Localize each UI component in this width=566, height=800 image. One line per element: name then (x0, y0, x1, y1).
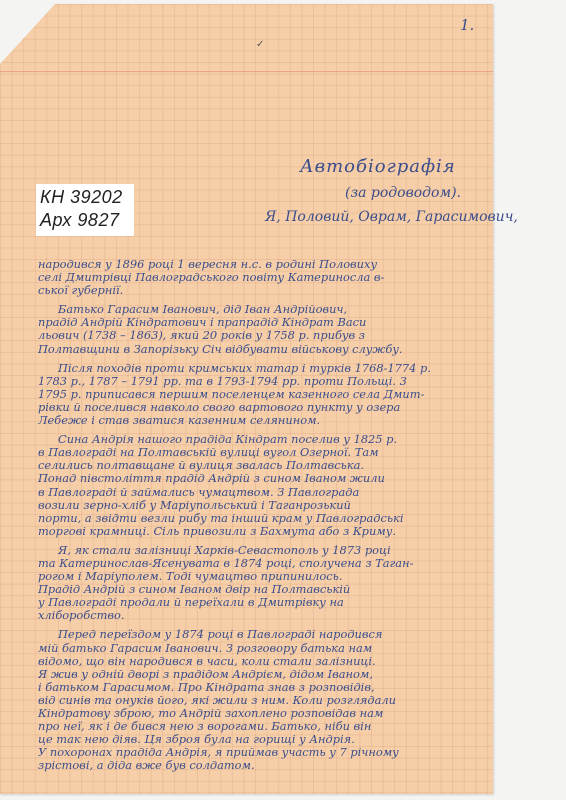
text-line: рівки й поселився навколо свого вартовог… (38, 401, 488, 414)
text-line: порти, а звідти везли рибу та інший крам… (38, 512, 488, 525)
text-line: Лебеже і став зватися казенним селянином… (38, 414, 488, 427)
text-line: у Павлограді продали й переїхали в Дмитр… (38, 596, 488, 609)
text-line: мій батько Гарасим Іванович. З розговору… (38, 642, 488, 655)
paragraph: народився у 1896 році 1 вересня н.с. в р… (38, 258, 488, 297)
text-line: в Павлограді на Полтавській вулиці вугол… (38, 446, 488, 459)
stamp-line-1: КН 39202 (40, 186, 130, 209)
text-line: Після походів проти кримських татар і ту… (38, 362, 488, 375)
author-line: Я, Половий, Оврам, Гарасимович, (265, 209, 518, 225)
text-line: ської губернії. (38, 284, 488, 297)
text-line: Я, як стали залізниці Харків-Севастополь… (38, 544, 488, 557)
torn-corner (0, 4, 55, 64)
text-line: селились полтавщане й вулиця звалась Пол… (38, 459, 488, 472)
stamp-line-2: Арх 9827 (40, 209, 130, 232)
text-line: селі Дмитрівці Павлоградського повіту Ка… (38, 271, 488, 284)
text-line: Батько Гарасим Іванович, дід Іван Андрій… (38, 303, 488, 316)
paragraph: Я, як стали залізниці Харків-Севастополь… (38, 544, 488, 623)
handwritten-body: народився у 1896 році 1 вересня н.с. в р… (38, 258, 488, 778)
archive-stamp: КН 39202 Арх 9827 (36, 184, 134, 236)
text-line: Полтавщини в Запорізьку Січ відбувати ві… (38, 343, 488, 356)
text-line: 1795 р. приписався першим поселенцем каз… (38, 388, 488, 401)
text-line: рогом і Маріуполем. Тоді чумацтво припин… (38, 570, 488, 583)
text-line: в Павлограді й займались чумацтвом. З Па… (38, 486, 488, 499)
text-line: Я жив у одній дворі з прадідом Андрієм, … (38, 668, 488, 681)
text-line: Сина Андрія нашого прадіда Кіндрат посел… (38, 433, 488, 446)
text-line: Прадід Андрій з сином Іваном двір на Пол… (38, 583, 488, 596)
text-line: і батьком Гарасимом. Про Кіндрата знав з… (38, 681, 488, 694)
text-line: Перед переїздом у 1874 році в Павлограді… (38, 628, 488, 641)
text-line: та Катеринослав-Ясенувата в 1874 році, с… (38, 557, 488, 570)
text-line: 1783 р., 1787 – 1791 рр. та в 1793-1794 … (38, 375, 488, 388)
text-line: про неї, як і де бився нею з ворогами. Б… (38, 720, 488, 733)
document-page: 1. ✓ КН 39202 Арх 9827 Автобіографія (за… (0, 4, 493, 794)
margin-line (0, 71, 493, 72)
text-line: возили зерно-хліб у Маріупольський і Таг… (38, 499, 488, 512)
document-subtitle: (за родоводом). (345, 185, 461, 201)
text-line: народився у 1896 році 1 вересня н.с. в р… (38, 258, 488, 271)
text-line: льович (1738 – 1863), який 20 років у 17… (38, 329, 488, 342)
paragraph: Сина Андрія нашого прадіда Кіндрат посел… (38, 433, 488, 538)
text-line: Понад півстоліття прадід Андрій з сином … (38, 472, 488, 485)
text-line: У похоронах прадіда Андрія, я приймав уч… (38, 746, 488, 759)
paragraph: Перед переїздом у 1874 році в Павлограді… (38, 628, 488, 772)
text-line: хліборобство. (38, 609, 488, 622)
text-line: прадід Андрій Кіндратович і прапрадід Кі… (38, 316, 488, 329)
paragraph: Після походів проти кримських татар і ту… (38, 362, 488, 427)
document-title: Автобіографія (300, 156, 456, 177)
text-line: від синів та онуків його, які жили з ним… (38, 694, 488, 707)
text-line: торгові крамниці. Сіль привозили з Бахму… (38, 525, 488, 538)
page-number: 1. (460, 16, 474, 34)
text-line: відомо, що він народився в часи, коли ст… (38, 655, 488, 668)
text-line: це так нею діяв. Ця зброя була на горищі… (38, 733, 488, 746)
text-line: зрістові, а діда вже був солдатом. (38, 759, 488, 772)
paragraph: Батько Гарасим Іванович, дід Іван Андрій… (38, 303, 488, 355)
text-line: Кіндратову зброю, то Андрій захоплено ро… (38, 707, 488, 720)
check-mark-icon: ✓ (256, 39, 264, 50)
